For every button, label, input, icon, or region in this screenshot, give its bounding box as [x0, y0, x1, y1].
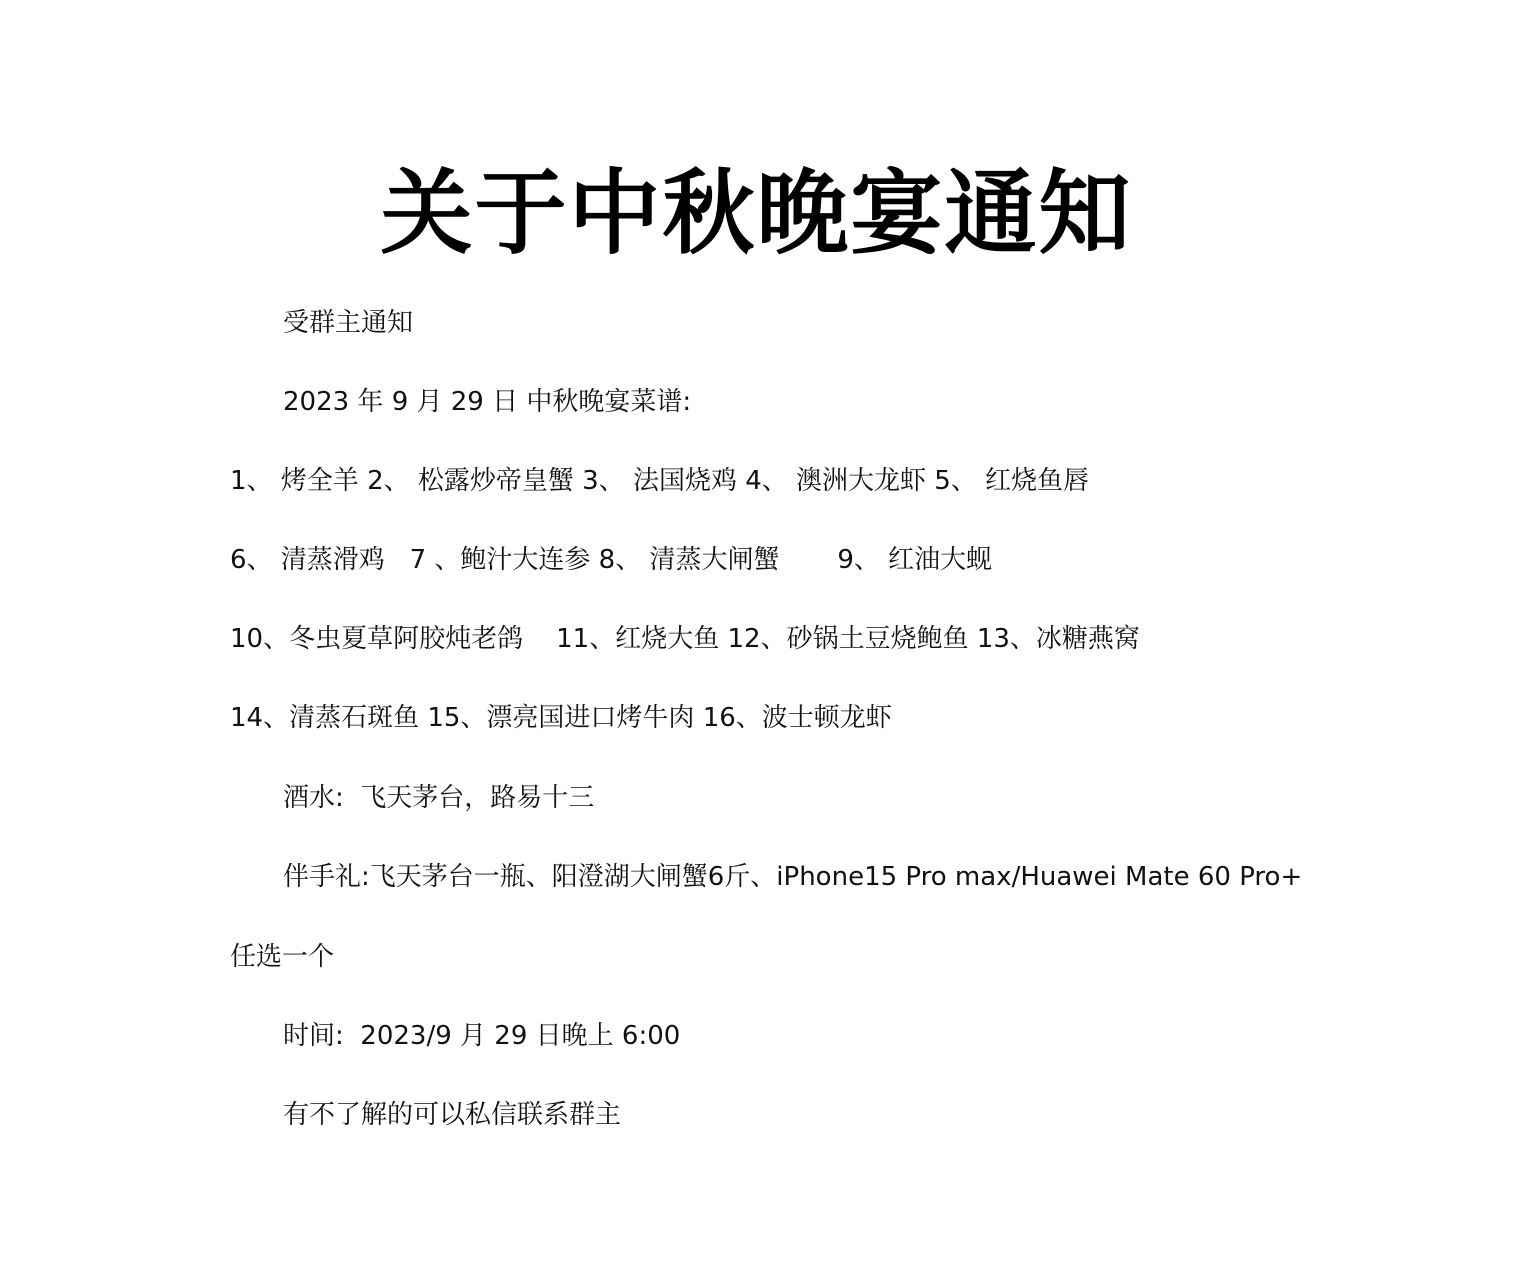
intro-text: 受群主通知	[283, 305, 413, 341]
notice-title: 关于中秋晚宴通知	[0, 140, 1513, 272]
gift-text: 伴手礼:飞天茅台一瓶、阳澄湖大闸蟹6斤、iPhone15 Pro max/Hua…	[283, 859, 1302, 895]
menu-line: 14、清蒸石斑鱼 15、漂亮国进口烤牛肉 16、波士顿龙虾	[230, 700, 892, 736]
menu-heading: 2023 年 9 月 29 日 中秋晚宴菜谱:	[283, 384, 691, 420]
menu-line: 1、 烤全羊 2、 松露炒帝皇蟹 3、 法国烧鸡 4、 澳洲大龙虾 5、 红烧鱼…	[230, 463, 1089, 499]
menu-line: 10、冬虫夏草阿胶炖老鸽 11、红烧大鱼 12、砂锅土豆烧鲍鱼 13、冰糖燕窝	[230, 621, 1140, 657]
drinks-text: 酒水: 飞天茅台，路易十三	[283, 780, 594, 816]
menu-line: 6、 清蒸滑鸡 7 、鲍汁大连参 8、 清蒸大闸蟹 9、 红油大蚬	[230, 542, 992, 578]
contact-text: 有不了解的可以私信联系群主	[283, 1097, 621, 1133]
gift-text-continued: 任选一个	[230, 939, 334, 975]
time-text: 时间: 2023/9 月 29 日晚上 6:00	[283, 1018, 680, 1054]
